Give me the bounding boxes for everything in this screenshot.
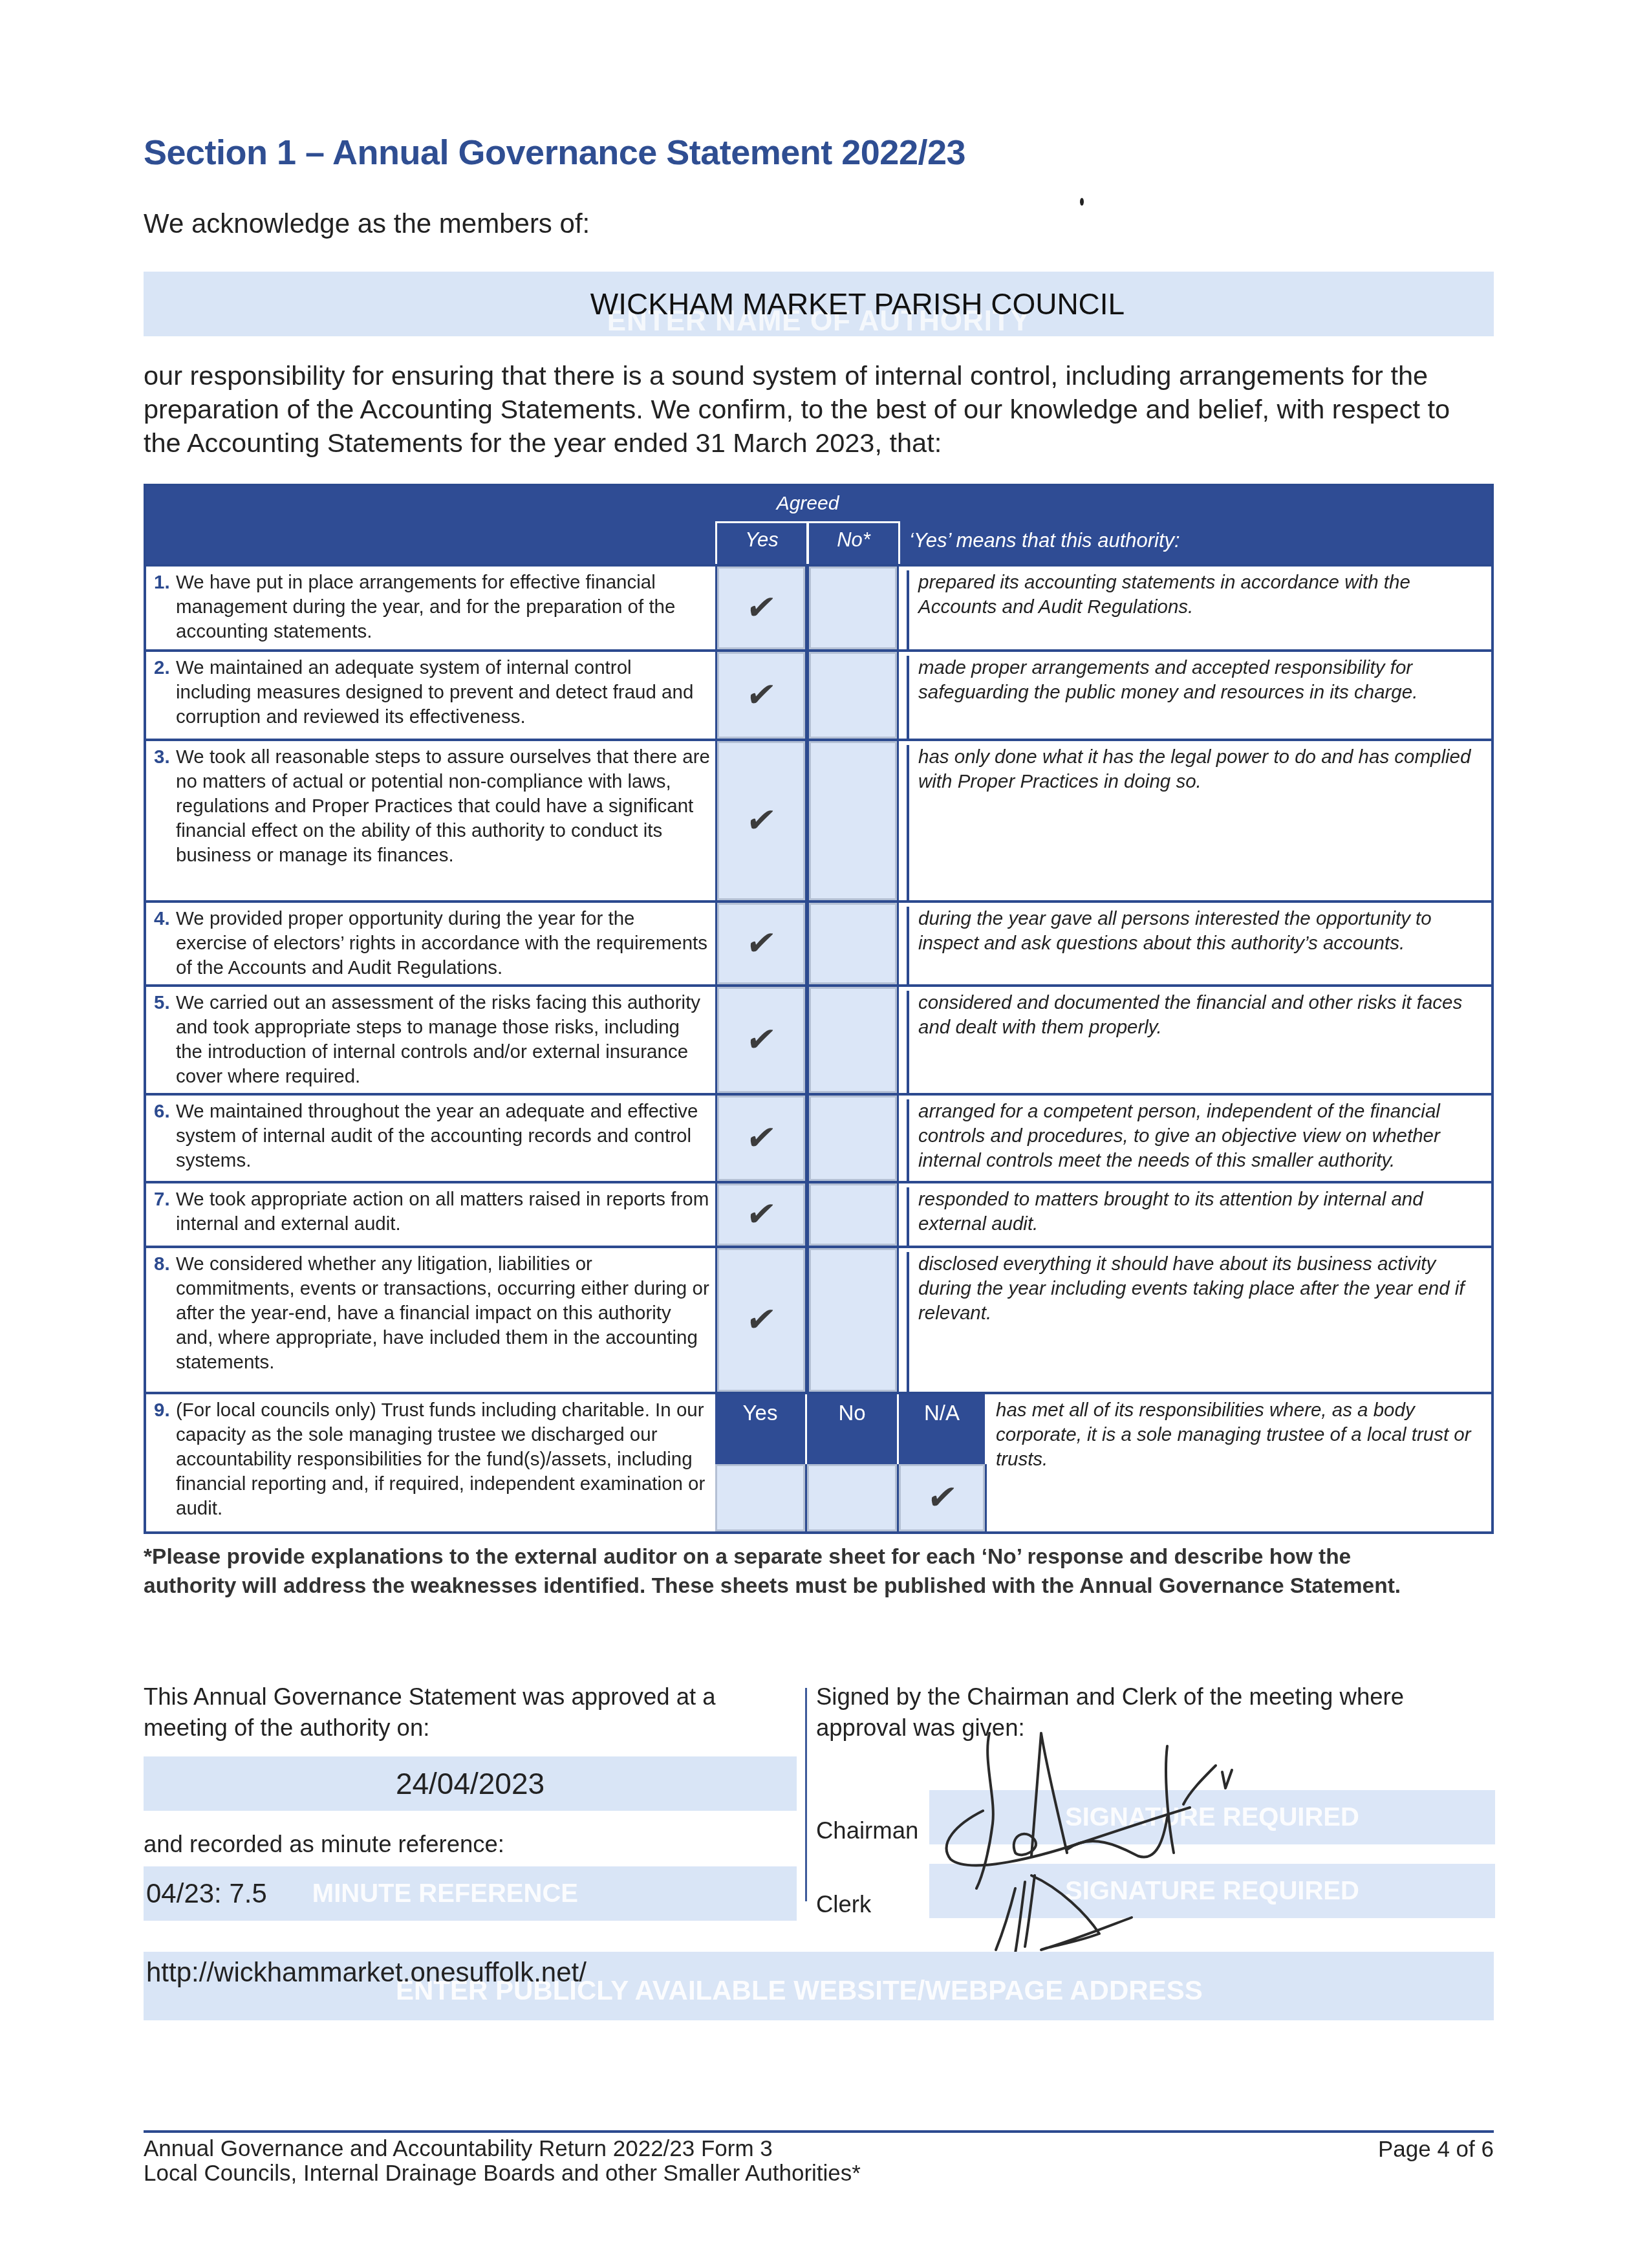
checkmark-icon: ✔ bbox=[744, 1023, 779, 1057]
handwritten-signatures bbox=[912, 1720, 1274, 1953]
statement-text: 8.We considered whether any litigation, … bbox=[154, 1252, 710, 1375]
yes-means-text: considered and documented the financial … bbox=[907, 991, 1482, 1093]
statement-text: 1.We have put in place arrangements for … bbox=[154, 570, 710, 644]
yes-means-text: during the year gave all persons interes… bbox=[907, 907, 1482, 984]
website-field[interactable]: ENTER PUBLICLY AVAILABLE WEBSITE/WEBPAGE… bbox=[144, 1952, 1494, 2020]
yes-checkbox[interactable]: ✔ bbox=[715, 987, 807, 1093]
table-row: 8.We considered whether any litigation, … bbox=[146, 1246, 1491, 1392]
yes-means-text: responded to matters brought to its atte… bbox=[907, 1187, 1482, 1246]
table-row: 5.We carried out an assessment of the ri… bbox=[146, 984, 1491, 1093]
yes-means-text: has only done what it has the legal powe… bbox=[907, 745, 1482, 900]
yes-checkbox[interactable]: ✔ bbox=[715, 1183, 807, 1246]
yes-means-text: prepared its accounting statements in ac… bbox=[907, 570, 1482, 649]
scan-speck bbox=[1080, 198, 1084, 206]
table-row-trust-funds: 9.(For local councils only) Trust funds … bbox=[146, 1392, 1491, 1531]
statement-text: 4.We provided proper opportunity during … bbox=[154, 907, 710, 980]
table-header: Agreed Yes No* ‘Yes’ means that this aut… bbox=[146, 486, 1491, 564]
yes-means-text: arranged for a competent person, indepen… bbox=[907, 1099, 1482, 1181]
statement-body: We considered whether any litigation, li… bbox=[176, 1253, 709, 1373]
trust-no-header: No bbox=[807, 1394, 899, 1464]
trust-yes-header: Yes bbox=[715, 1394, 807, 1464]
trust-na-header: N/A bbox=[899, 1394, 987, 1464]
table-row: 3.We took all reasonable steps to assure… bbox=[146, 739, 1491, 900]
statement-body: We maintained throughout the year an ade… bbox=[176, 1101, 698, 1171]
table-row: 4.We provided proper opportunity during … bbox=[146, 900, 1491, 984]
minute-reference-value: 04/23: 7.5 bbox=[146, 1878, 267, 1909]
checkmark-icon: ✔ bbox=[744, 1303, 779, 1337]
minute-label: and recorded as minute reference: bbox=[144, 1829, 797, 1860]
statement-number: 6. bbox=[154, 1099, 170, 1124]
yes-checkbox[interactable]: ✔ bbox=[715, 1096, 807, 1181]
no-checkbox[interactable] bbox=[807, 652, 899, 739]
agreed-header: Agreed bbox=[715, 493, 900, 515]
yes-checkbox[interactable]: ✔ bbox=[715, 567, 807, 649]
statement-text: 2.We maintained an adequate system of in… bbox=[154, 656, 710, 729]
footer-form-title: Annual Governance and Accountability Ret… bbox=[144, 2137, 861, 2186]
yes-checkbox[interactable]: ✔ bbox=[715, 903, 807, 984]
approval-date-field[interactable]: 24/04/2023 bbox=[144, 1756, 797, 1811]
statement-number: 3. bbox=[154, 745, 170, 770]
approval-divider bbox=[805, 1688, 807, 1901]
trust-yes-checkbox[interactable] bbox=[715, 1464, 807, 1531]
acknowledge-text: We acknowledge as the members of: bbox=[144, 208, 590, 239]
yes-means-text: made proper arrangements and accepted re… bbox=[907, 656, 1482, 739]
no-response-note: *Please provide explanations to the exte… bbox=[144, 1542, 1437, 1601]
yes-checkbox[interactable]: ✔ bbox=[715, 652, 807, 739]
clerk-label: Clerk bbox=[816, 1891, 871, 1918]
minute-reference-field[interactable]: 04/23: 7.5 MINUTE REFERENCE bbox=[144, 1866, 797, 1921]
footer-line-2: Local Councils, Internal Drainage Boards… bbox=[144, 2161, 861, 2186]
no-checkbox[interactable] bbox=[807, 1096, 899, 1181]
authority-name-value: WICKHAM MARKET PARISH COUNCIL bbox=[590, 286, 1125, 321]
statement-text: 6.We maintained throughout the year an a… bbox=[154, 1099, 710, 1173]
checkmark-icon: ✔ bbox=[744, 1121, 779, 1155]
no-column-header: No* bbox=[807, 521, 900, 564]
no-checkbox[interactable] bbox=[807, 903, 899, 984]
footer-line-1: Annual Governance and Accountability Ret… bbox=[144, 2137, 861, 2161]
statement-body: We carried out an assessment of the risk… bbox=[176, 992, 700, 1087]
page-number: Page 4 of 6 bbox=[1378, 2137, 1494, 2163]
statement-text: 5.We carried out an assessment of the ri… bbox=[154, 991, 710, 1089]
statement-text: 7.We took appropriate action on all matt… bbox=[154, 1187, 710, 1237]
table-row: 7.We took appropriate action on all matt… bbox=[146, 1181, 1491, 1246]
minute-reference-placeholder: MINUTE REFERENCE bbox=[312, 1879, 578, 1908]
section-title: Section 1 – Annual Governance Statement … bbox=[144, 133, 965, 173]
statement-number: 7. bbox=[154, 1187, 170, 1212]
no-checkbox[interactable] bbox=[807, 987, 899, 1093]
yes-means-text: has met all of its responsibilities wher… bbox=[996, 1398, 1482, 1472]
yes-checkbox[interactable]: ✔ bbox=[715, 741, 807, 900]
checkmark-icon: ✔ bbox=[744, 678, 779, 712]
statement-number: 4. bbox=[154, 907, 170, 931]
statement-body: We took all reasonable steps to assure o… bbox=[176, 746, 710, 866]
statement-number: 1. bbox=[154, 570, 170, 595]
table-row: 2.We maintained an adequate system of in… bbox=[146, 649, 1491, 739]
trust-no-checkbox[interactable] bbox=[807, 1464, 899, 1531]
no-checkbox[interactable] bbox=[807, 741, 899, 900]
checkmark-icon: ✔ bbox=[744, 927, 779, 960]
footer-divider bbox=[144, 2130, 1494, 2133]
governance-table: Agreed Yes No* ‘Yes’ means that this aut… bbox=[144, 484, 1494, 1534]
statement-text: 9.(For local councils only) Trust funds … bbox=[154, 1398, 710, 1521]
no-checkbox[interactable] bbox=[807, 567, 899, 649]
checkmark-icon: ✔ bbox=[925, 1481, 959, 1515]
website-value: http://wickhammarket.onesuffolk.net/ bbox=[146, 1957, 587, 1988]
no-checkbox[interactable] bbox=[807, 1248, 899, 1392]
approval-section: This Annual Governance Statement was app… bbox=[144, 1681, 797, 1921]
table-row: 6.We maintained throughout the year an a… bbox=[146, 1093, 1491, 1181]
statement-text: 3.We took all reasonable steps to assure… bbox=[154, 745, 710, 868]
means-column-header: ‘Yes’ means that this authority: bbox=[909, 529, 1180, 552]
trust-na-checkbox[interactable]: ✔ bbox=[899, 1464, 987, 1531]
intro-text: our responsibility for ensuring that the… bbox=[144, 359, 1494, 460]
yes-means-text: disclosed everything it should have abou… bbox=[907, 1252, 1482, 1392]
approved-text: This Annual Governance Statement was app… bbox=[144, 1681, 797, 1744]
statement-body: We maintained an adequate system of inte… bbox=[176, 657, 693, 728]
yes-checkbox[interactable]: ✔ bbox=[715, 1248, 807, 1392]
table-row: 1.We have put in place arrangements for … bbox=[146, 564, 1491, 649]
approval-date-value: 24/04/2023 bbox=[396, 1766, 544, 1801]
yes-column-header: Yes bbox=[715, 521, 808, 564]
statement-number: 5. bbox=[154, 991, 170, 1015]
checkmark-icon: ✔ bbox=[744, 591, 779, 625]
chairman-label: Chairman bbox=[816, 1817, 918, 1844]
statement-number: 9. bbox=[154, 1398, 170, 1423]
authority-name-field[interactable]: ENTER NAME OF AUTHORITY WICKHAM MARKET P… bbox=[144, 272, 1494, 336]
statement-body: We provided proper opportunity during th… bbox=[176, 908, 707, 978]
statement-number: 2. bbox=[154, 656, 170, 680]
no-checkbox[interactable] bbox=[807, 1183, 899, 1246]
statement-number: 8. bbox=[154, 1252, 170, 1277]
checkmark-icon: ✔ bbox=[744, 1198, 779, 1231]
statement-body: We took appropriate action on all matter… bbox=[176, 1189, 709, 1235]
statement-body: (For local councils only) Trust funds in… bbox=[176, 1399, 705, 1519]
checkmark-icon: ✔ bbox=[744, 804, 779, 837]
statement-body: We have put in place arrangements for ef… bbox=[176, 572, 675, 642]
